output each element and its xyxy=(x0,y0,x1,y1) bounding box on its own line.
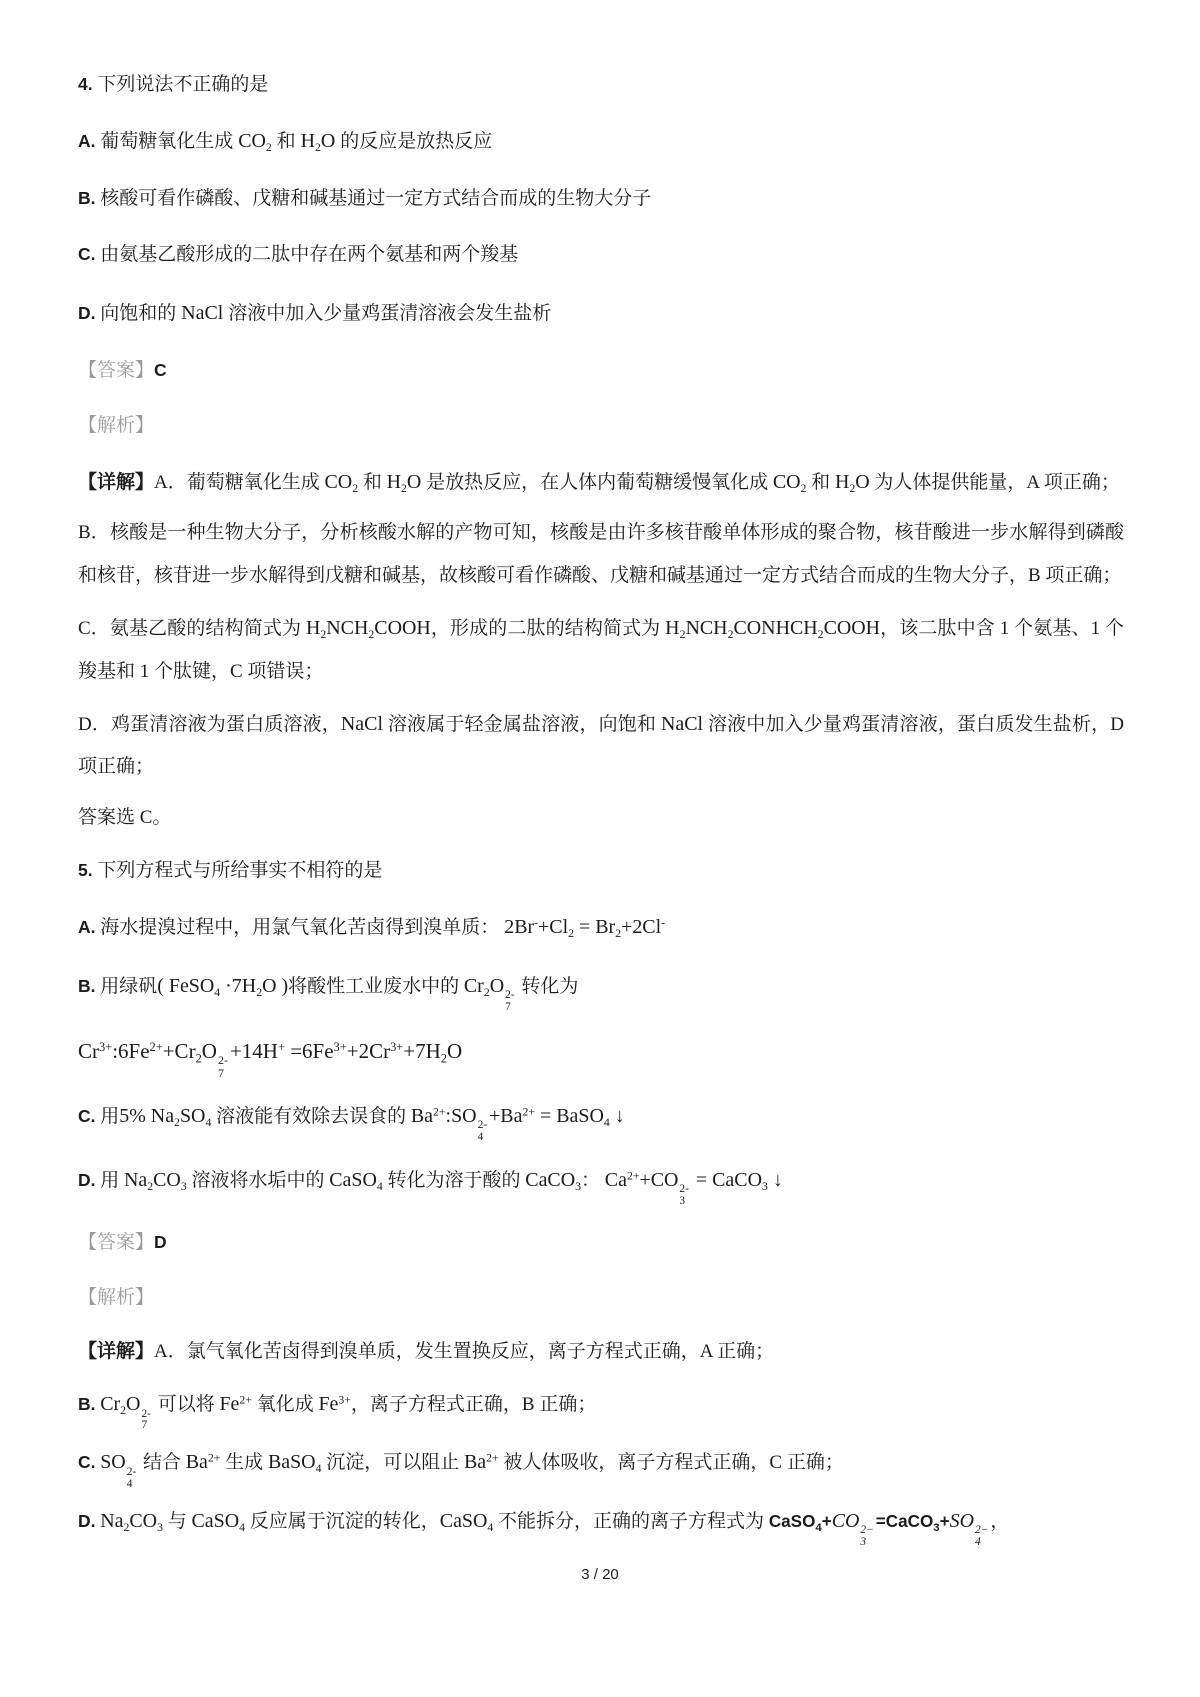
text-segment: SO xyxy=(180,1105,206,1127)
text-segment: NaCl xyxy=(341,713,383,735)
text-segment: 可以将 xyxy=(153,1394,220,1415)
option-letter: 4. xyxy=(78,74,93,94)
text-segment: NCH xyxy=(326,617,368,639)
document-body: 4. 下列说法不正确的是A. 葡萄糖氧化生成 CO2 和 H2O 的反应是放热反… xyxy=(78,60,1124,1557)
text-segment: +Cr xyxy=(163,1039,196,1063)
text-segment: +7H xyxy=(403,1039,441,1063)
text-segment: 溶液属于轻金属盐溶液，向饱和 xyxy=(383,714,661,735)
text-segment: 和 xyxy=(358,472,387,493)
option-letter: D. xyxy=(78,1170,95,1190)
q5-option-b: B. 用绿矾( FeSO4 ·7H2O )将酸性工业废水中的 Cr2O2-7 转… xyxy=(78,964,1124,1014)
text-segment: CO xyxy=(832,1510,860,1532)
question-5: 5. 下列方程式与所给事实不相符的是 xyxy=(78,850,1124,893)
text-segment: CO xyxy=(325,471,353,493)
text-segment: :SO xyxy=(446,1105,477,1127)
text-segment: SO xyxy=(100,1451,126,1473)
ion-charge-stack: 2-4 xyxy=(127,1467,137,1491)
text-segment: SO xyxy=(950,1510,974,1532)
ion-charge-stack: 2-7 xyxy=(505,990,515,1014)
q4-option-b: B. 核酸可看作磷酸、戊糖和碱基通过一定方式结合而成的生物大分子 xyxy=(78,178,1124,221)
text-segment: = BaSO xyxy=(535,1105,604,1127)
bracket-label: 【答案】 xyxy=(78,360,154,381)
text-segment: A．葡萄糖氧化生成 xyxy=(154,472,324,493)
text-segment: CaCO xyxy=(525,1169,575,1191)
text-segment: 反应属于沉淀的转化， xyxy=(245,1511,440,1532)
text-segment: ↓ xyxy=(610,1105,625,1127)
text-segment: 溶液能有效除去误食的 xyxy=(211,1106,411,1127)
text-segment: ： xyxy=(581,1170,605,1191)
text-segment: 海水提溴过程中，用氯气氧化苦卤得到溴单质： xyxy=(95,917,499,938)
text-segment: Ba xyxy=(411,1105,433,1127)
text-segment: 3+ xyxy=(390,1040,403,1054)
q4-answer: 【答案】C xyxy=(78,350,1124,393)
text-segment: 用 xyxy=(95,1106,119,1127)
text-segment: CaSO xyxy=(769,1512,816,1531)
option-letter: C xyxy=(154,360,167,380)
text-segment: +2Cl xyxy=(621,916,661,938)
text-segment: ( FeSO xyxy=(157,975,214,997)
text-segment: BaSO xyxy=(268,1451,316,1473)
text-segment: H xyxy=(306,617,320,639)
q5-detail-c: C. SO2-4 结合 Ba2+ 生成 BaSO4 沉淀，可以阻止 Ba2+ 被… xyxy=(78,1440,1124,1490)
text-segment: Ba xyxy=(464,1451,486,1473)
text-segment: Fe xyxy=(318,1393,338,1415)
q4-detail-b: B．核酸是一种生物大分子，分析核酸水解的产物可知，核酸是由许多核苷酸单体形成的聚… xyxy=(78,512,1124,598)
q4-detail-d: D．鸡蛋清溶液为蛋白质溶液，NaCl 溶液属于轻金属盐溶液，向饱和 NaCl 溶… xyxy=(78,702,1124,790)
text-segment: +Ba xyxy=(489,1105,522,1127)
text-segment: H xyxy=(665,617,679,639)
text-segment: B．核酸是一种生物大分子，分析核酸水解的产物可知，核酸是由许多核苷酸单体形成的聚… xyxy=(78,522,1124,586)
text-segment: NCH xyxy=(685,617,727,639)
text-segment: C．氨基乙酸的结构简式为 xyxy=(78,618,306,639)
option-letter: C. xyxy=(78,244,95,264)
text-segment: NaCl xyxy=(176,302,228,324)
text-segment: D．鸡蛋清溶液为蛋白质溶液， xyxy=(78,714,341,735)
text-segment: 由氨基乙酸形成的二肽中存在两个氨基和两个羧基 xyxy=(95,244,518,265)
q4-detail-c: C．氨基乙酸的结构简式为 H2NCH2COOH，形成的二肽的结构简式为 H2NC… xyxy=(78,606,1124,694)
text-segment: 的反应是放热反应 xyxy=(340,131,492,152)
text-segment: ，离子方程式正确，B 正确； xyxy=(351,1394,596,1415)
text-segment: COOH xyxy=(374,617,431,639)
q5-answer: 【答案】D xyxy=(78,1222,1124,1265)
text-segment: O xyxy=(407,471,421,493)
q4-analysis-label: 【解析】 xyxy=(78,405,1124,448)
text-segment: 不能拆分，正确的离子方程式为 xyxy=(493,1511,769,1532)
text-segment: CO xyxy=(773,471,801,493)
text-segment: =CaCO xyxy=(876,1512,933,1531)
text-segment: H xyxy=(835,471,849,493)
text-segment: Cr xyxy=(100,1393,120,1415)
option-letter: A. xyxy=(78,131,95,151)
q4-conclusion: 答案选 C。 xyxy=(78,797,1124,840)
text-segment: CO xyxy=(153,1169,181,1191)
text-segment: 2+ xyxy=(627,1169,640,1182)
ion-charge-stack: 2-7 xyxy=(218,1054,228,1079)
q5-option-a: A. 海水提溴过程中，用氯气氧化苦卤得到溴单质： 2Br-+Cl2 = Br2+… xyxy=(78,905,1124,950)
text-segment: +CO xyxy=(639,1169,678,1191)
text-segment: A．氯气氧化苦卤得到溴单质，发生置换反应，离子方程式正确，A 正确； xyxy=(154,1341,774,1362)
text-segment: H xyxy=(387,471,401,493)
text-segment: 3+ xyxy=(99,1040,112,1054)
option-letter: B. xyxy=(78,1394,95,1414)
text-segment: 3+ xyxy=(334,1040,347,1054)
option-letter: B. xyxy=(78,976,95,996)
q5-detail-d: D. Na2CO3 与 CaSO4 反应属于沉淀的转化，CaSO4 不能拆分，正… xyxy=(78,1499,1124,1549)
text-segment: 【详解】 xyxy=(78,1341,154,1362)
q5-analysis-label: 【解析】 xyxy=(78,1277,1124,1320)
text-segment: 生成 xyxy=(220,1452,268,1473)
option-letter: C. xyxy=(78,1452,95,1472)
ion-charge-stack: 2-4 xyxy=(478,1120,488,1144)
q4-option-d: D. 向饱和的 NaCl 溶液中加入少量鸡蛋清溶液会发生盐析 xyxy=(78,291,1124,336)
ion-charge-stack: 2−4 xyxy=(975,1525,988,1549)
text-segment: 溶液中加入少量鸡蛋清溶液会发生盐析 xyxy=(228,303,551,324)
page-number: 3 / 20 xyxy=(0,1566,1200,1583)
text-segment: 溶液将水垢中的 xyxy=(187,1170,330,1191)
text-segment: 2+ xyxy=(150,1040,163,1054)
text-segment: ， xyxy=(990,1511,1009,1532)
option-letter: A. xyxy=(78,917,95,937)
option-letter: C. xyxy=(78,1106,95,1126)
text-segment: 葡萄糖氧化生成 xyxy=(95,131,233,152)
text-segment: = CaCO xyxy=(691,1169,762,1191)
text-segment: 为人体提供能量，A 项正确； xyxy=(870,472,1120,493)
text-segment: O ) xyxy=(262,975,288,997)
text-segment: O xyxy=(490,975,504,997)
text-segment: 核酸可看作磷酸、戊糖和碱基通过一定方式结合而成的生物大分子 xyxy=(95,188,651,209)
q5-option-c: C. 用5% Na2SO4 溶液能有效除去误食的 Ba2+:SO2-4+Ba2+… xyxy=(78,1094,1124,1144)
text-segment: Fe xyxy=(219,1393,239,1415)
ion-charge-stack: 2-7 xyxy=(141,1409,151,1433)
text-segment: 用 xyxy=(95,1170,124,1191)
text-segment: 沉淀，可以阻止 xyxy=(321,1452,464,1473)
text-segment: Ca xyxy=(605,1169,627,1191)
text-segment: 用绿矾 xyxy=(95,976,157,997)
text-segment: CaSO xyxy=(191,1510,239,1532)
text-segment: 和 xyxy=(272,131,296,152)
text-segment: O xyxy=(321,130,340,152)
text-segment: + xyxy=(940,1512,950,1531)
option-letter: D. xyxy=(78,1511,95,1531)
text-segment: CaSO xyxy=(440,1510,488,1532)
text-segment: Cr xyxy=(464,975,484,997)
text-segment: 2+ xyxy=(208,1452,221,1465)
text-segment: 与 xyxy=(163,1511,192,1532)
text-segment: +14H xyxy=(230,1039,278,1063)
text-segment: 将酸性工业废水中的 xyxy=(288,976,464,997)
text-segment: Na xyxy=(100,1510,123,1532)
text-segment: ，形成的二肽的结构简式为 xyxy=(431,618,665,639)
q4-option-c: C. 由氨基乙酸形成的二肽中存在两个氨基和两个羧基 xyxy=(78,234,1124,277)
q5-option-d: D. 用 Na2CO3 溶液将水垢中的 CaSO4 转化为溶于酸的 CaCO3：… xyxy=(78,1158,1124,1208)
q4-option-a: A. 葡萄糖氧化生成 CO2 和 H2O 的反应是放热反应 xyxy=(78,119,1124,164)
text-segment: 转化为溶于酸的 xyxy=(383,1170,526,1191)
text-segment: ·7H xyxy=(220,975,256,997)
text-segment: 下列方程式与所给事实不相符的是 xyxy=(93,860,383,881)
text-segment: CO xyxy=(233,130,266,152)
text-segment: 【详解】 xyxy=(78,472,154,493)
text-segment: 被人体吸收，离子方程式正确，C 正确； xyxy=(499,1452,844,1473)
text-segment: 结合 xyxy=(138,1452,186,1473)
text-segment: 向饱和的 xyxy=(95,303,176,324)
q4-detail-a: 【详解】A．葡萄糖氧化生成 CO2 和 H2O 是放热反应，在人体内葡萄糖缓慢氧… xyxy=(78,460,1124,505)
text-segment: 3+ xyxy=(338,1394,351,1407)
text-segment: :6Fe xyxy=(112,1039,149,1063)
text-segment: 下列说法不正确的是 xyxy=(93,74,269,95)
text-segment: - xyxy=(661,916,665,929)
text-segment: CaSO xyxy=(329,1169,377,1191)
text-segment: 是放热反应，在人体内葡萄糖缓慢氧化成 xyxy=(421,472,773,493)
q5-detail-b: B. Cr2O2-7 可以将 Fe2+ 氧化成 Fe3+，离子方程式正确，B 正… xyxy=(78,1382,1124,1432)
option-letter: D xyxy=(154,1232,167,1252)
text-segment: 答案选 C。 xyxy=(78,807,171,828)
text-segment: 2Br xyxy=(499,916,534,938)
text-segment: CONHCH xyxy=(733,617,817,639)
text-segment: CO xyxy=(129,1510,157,1532)
ion-charge-stack: 2−3 xyxy=(860,1525,873,1549)
text-segment: = Br xyxy=(574,916,615,938)
text-segment: 转化为 xyxy=(517,976,579,997)
bracket-label: 【解析】 xyxy=(78,1287,154,1308)
option-letter: 5. xyxy=(78,860,93,880)
text-segment: 和 xyxy=(806,472,835,493)
option-letter: B. xyxy=(78,188,95,208)
text-segment: 2+ xyxy=(486,1452,499,1465)
q5-detail-a: 【详解】A．氯气氧化苦卤得到溴单质，发生置换反应，离子方程式正确，A 正确； xyxy=(78,1331,1124,1374)
bracket-label: 【答案】 xyxy=(78,1232,154,1253)
text-segment: + xyxy=(822,1512,832,1531)
text-segment: O xyxy=(855,471,869,493)
bracket-label: 【解析】 xyxy=(78,415,154,436)
text-segment: Na xyxy=(124,1169,147,1191)
text-segment: Cr xyxy=(78,1039,99,1063)
text-segment: O xyxy=(126,1393,140,1415)
text-segment: 5% Na xyxy=(119,1105,174,1127)
text-segment: O xyxy=(202,1039,217,1063)
text-segment: 2+ xyxy=(433,1105,446,1118)
text-segment: Ba xyxy=(186,1451,208,1473)
text-segment: =6Fe xyxy=(285,1039,334,1063)
q5-equation: Cr3+:6Fe2++Cr2O2-7+14H+ =6Fe3++2Cr3++7H2… xyxy=(78,1028,1124,1080)
text-segment: +Cl xyxy=(538,916,568,938)
text-segment: O xyxy=(447,1039,462,1063)
text-segment: 2+ xyxy=(239,1394,252,1407)
text-segment: ↓ xyxy=(768,1169,783,1191)
question-4: 4. 下列说法不正确的是 xyxy=(78,64,1124,107)
text-segment: 氧化成 xyxy=(252,1394,319,1415)
ion-charge-stack: 2-3 xyxy=(679,1184,689,1208)
text-segment: COOH xyxy=(824,617,881,639)
text-segment: NaCl xyxy=(661,713,703,735)
text-segment: + xyxy=(278,1040,285,1054)
text-segment: H xyxy=(296,130,315,152)
text-segment: 2+ xyxy=(522,1105,535,1118)
option-letter: D. xyxy=(78,303,95,323)
text-segment: +2Cr xyxy=(347,1039,390,1063)
